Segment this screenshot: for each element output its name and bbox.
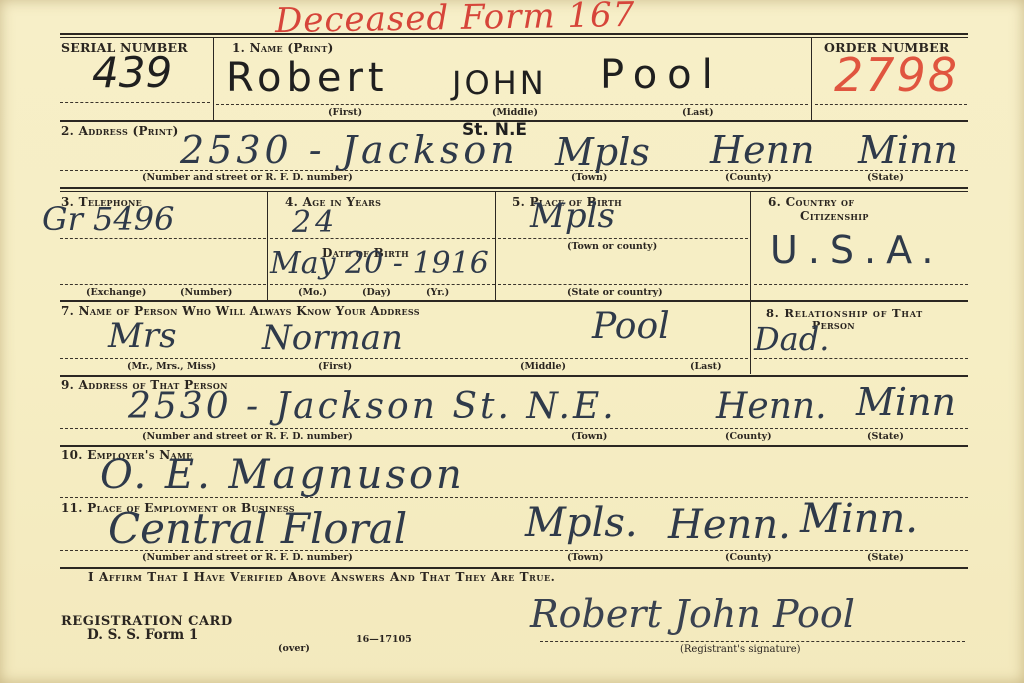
age-value: 24 bbox=[292, 205, 338, 240]
address-sub-county: (County) bbox=[725, 172, 772, 183]
birthplace-line-1 bbox=[498, 238, 748, 239]
employment-street-value: Central Floral bbox=[108, 504, 407, 553]
address-sub-state: (State) bbox=[867, 172, 904, 183]
divider bbox=[495, 192, 496, 300]
name-line bbox=[216, 104, 808, 105]
contact-address-sub-street: (Number and street or R. F. D. number) bbox=[142, 431, 353, 442]
citizenship-line bbox=[754, 284, 968, 285]
contact-sub-first: (First) bbox=[318, 361, 352, 372]
address-county-value: Henn bbox=[710, 128, 815, 172]
employment-county-value: Henn. bbox=[668, 502, 791, 548]
row-rule bbox=[60, 375, 968, 377]
address-street-value: 2530 - Jackson bbox=[180, 128, 519, 172]
divider bbox=[750, 192, 751, 300]
telephone-line-1 bbox=[60, 238, 266, 239]
birthplace-sub-state: (State or country) bbox=[567, 287, 663, 298]
name-sub-last: (Last) bbox=[682, 107, 714, 118]
dob-line bbox=[270, 284, 495, 285]
row-rule bbox=[60, 445, 968, 447]
serial-number-line bbox=[60, 102, 210, 103]
birthplace-line-2 bbox=[498, 284, 748, 285]
contact-address-county-value: Henn. bbox=[716, 386, 827, 427]
row-rule bbox=[60, 300, 968, 302]
name-label: 1. Name (Print) bbox=[232, 41, 334, 55]
name-sub-first: (First) bbox=[328, 107, 362, 118]
top-rule bbox=[60, 33, 968, 35]
name-middle-value: JOHN bbox=[452, 64, 547, 102]
citizenship-value: U.S.A. bbox=[770, 228, 944, 272]
citizenship-label-1: 6. Country of bbox=[768, 195, 854, 209]
divider bbox=[213, 38, 214, 120]
contact-sub-last: (Last) bbox=[690, 361, 722, 372]
row-rule-thin bbox=[60, 191, 968, 192]
address-state-value: Minn bbox=[858, 128, 958, 172]
employment-sub-county: (County) bbox=[725, 552, 772, 563]
contact-address-line bbox=[60, 428, 968, 429]
divider bbox=[750, 300, 751, 374]
address-label: 2. Address (Print) bbox=[61, 124, 179, 138]
employment-sub-town: (Town) bbox=[567, 552, 603, 563]
citizenship-label-2: Citizenship bbox=[800, 209, 869, 223]
birthplace-sub-town: (Town or county) bbox=[567, 241, 657, 252]
contact-sub-middle: (Middle) bbox=[520, 361, 566, 372]
relationship-label-1: 8. Relationship of That bbox=[766, 306, 923, 320]
dob-sub-mo: (Mo.) bbox=[298, 287, 327, 298]
employment-town-value: Mpls. bbox=[525, 500, 638, 546]
birthplace-value: Mpls bbox=[530, 196, 615, 236]
telephone-value: Gr 5496 bbox=[42, 200, 174, 238]
name-sub-middle: (Middle) bbox=[492, 107, 538, 118]
form-name: D. S. S. Form 1 bbox=[87, 627, 198, 643]
divider bbox=[267, 192, 268, 300]
row-rule bbox=[60, 187, 968, 189]
employment-line bbox=[60, 550, 968, 551]
contact-address-state-value: Minn bbox=[856, 380, 956, 424]
top-rule-thin bbox=[60, 37, 968, 38]
contact-address-street-value: 2530 - Jackson St. N.E. bbox=[128, 386, 617, 427]
address-sub-street: (Number and street or R. F. D. number) bbox=[142, 172, 353, 183]
employment-sub-street: (Number and street or R. F. D. number) bbox=[142, 552, 353, 563]
contact-last-value: Pool bbox=[592, 306, 670, 347]
contact-address-sub-town: (Town) bbox=[571, 431, 607, 442]
order-number-value: 2798 bbox=[834, 48, 959, 102]
telephone-sub-number: (Number) bbox=[180, 287, 232, 298]
contact-sub-title: (Mr., Mrs., Miss) bbox=[127, 361, 216, 372]
age-line bbox=[270, 238, 495, 239]
dob-sub-day: (Day) bbox=[362, 287, 391, 298]
address-town-value: Mpls bbox=[555, 130, 650, 174]
employment-sub-state: (State) bbox=[867, 552, 904, 563]
name-first-value: Robert bbox=[226, 55, 389, 101]
contact-first-value: Norman bbox=[262, 318, 403, 358]
dob-sub-yr: (Yr.) bbox=[426, 287, 449, 298]
contact-title-value: Mrs bbox=[108, 316, 177, 356]
registration-card: Deceased Form 167 SERIAL NUMBER 439 1. N… bbox=[0, 0, 1024, 683]
employer-value: O. E. Magnuson bbox=[100, 452, 465, 498]
relationship-line bbox=[754, 358, 968, 359]
relationship-value: Dad. bbox=[754, 320, 829, 358]
affirmation-text: I Affirm That I Have Verified Above Answ… bbox=[88, 570, 555, 584]
signature-line bbox=[540, 641, 965, 642]
order-number-line bbox=[815, 104, 967, 105]
divider bbox=[811, 38, 812, 120]
name-last-value: Pool bbox=[600, 52, 723, 98]
contact-address-sub-state: (State) bbox=[867, 431, 904, 442]
address-sub-town: (Town) bbox=[571, 172, 607, 183]
telephone-line-2 bbox=[60, 284, 266, 285]
signature-label: (Registrant's signature) bbox=[680, 644, 801, 655]
telephone-sub-exchange: (Exchange) bbox=[86, 287, 146, 298]
dob-value: May 20 - 1916 bbox=[270, 246, 489, 281]
print-code: 16—17105 bbox=[356, 634, 412, 645]
over-text: (over) bbox=[278, 643, 310, 654]
employment-state-value: Minn. bbox=[800, 496, 918, 542]
serial-number-value: 439 bbox=[92, 48, 172, 97]
registrant-signature: Robert John Pool bbox=[530, 592, 855, 636]
address-line bbox=[60, 170, 968, 171]
row-rule bbox=[60, 567, 968, 569]
contact-person-line bbox=[60, 358, 748, 359]
contact-address-sub-county: (County) bbox=[725, 431, 772, 442]
